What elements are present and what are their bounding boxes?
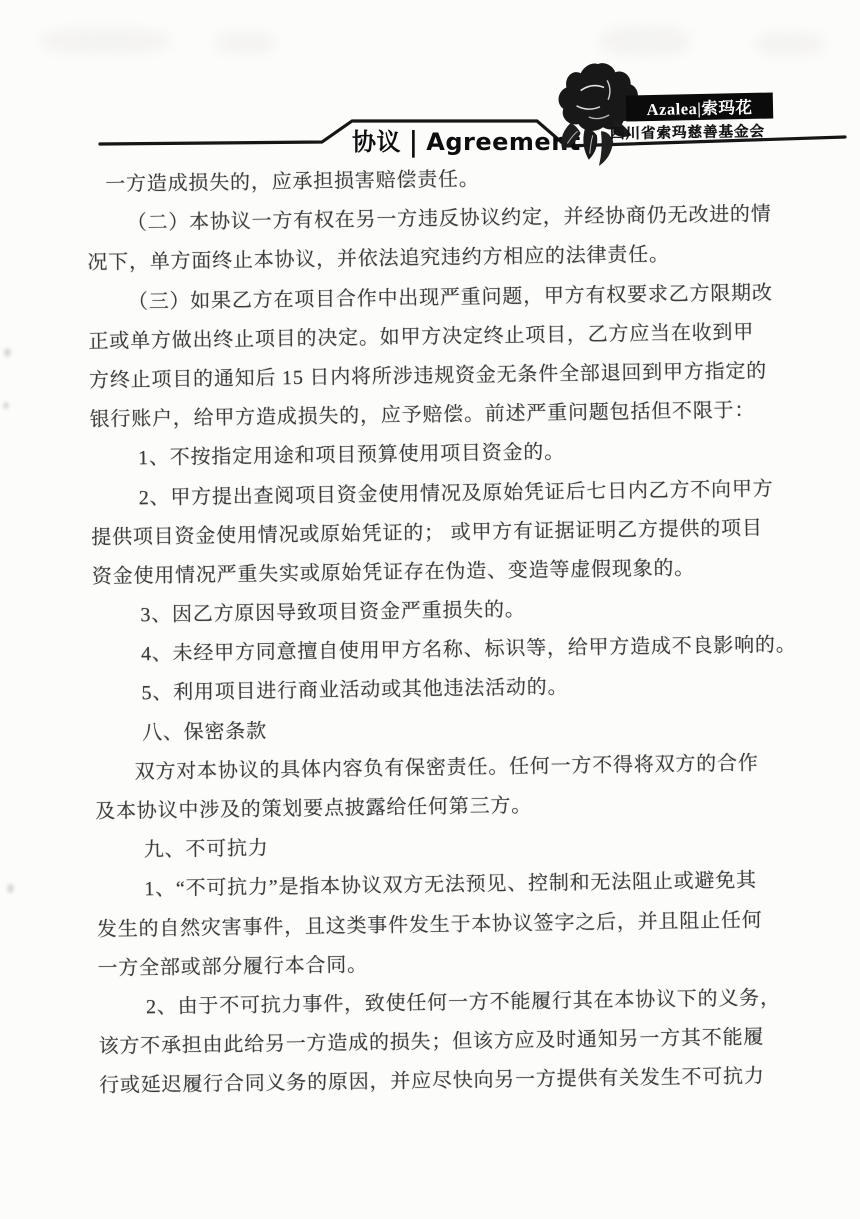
logo-band-text: Azalea|索玛花 bbox=[646, 94, 752, 120]
document-body: 一方造成损失的，应承担损害赔偿责任。（二）本协议一方有权在另一方违反协议约定，并… bbox=[86, 156, 807, 1107]
logo-org-name: 四川省索玛慈善基金会 bbox=[610, 120, 782, 144]
title-separator: | bbox=[409, 126, 418, 158]
scan-artifact bbox=[4, 348, 11, 357]
scanned-agreement-page: 协议|Agreement Azalea|索玛花 四川省索玛慈善基金会 一方造成损… bbox=[0, 0, 860, 1219]
logo-band: Azalea|索玛花 bbox=[626, 92, 774, 121]
page-title: 协议|Agreement bbox=[352, 122, 581, 154]
page-title-cn: 协议 bbox=[352, 128, 401, 156]
scan-artifact bbox=[3, 402, 9, 409]
scan-artifact bbox=[7, 884, 14, 893]
